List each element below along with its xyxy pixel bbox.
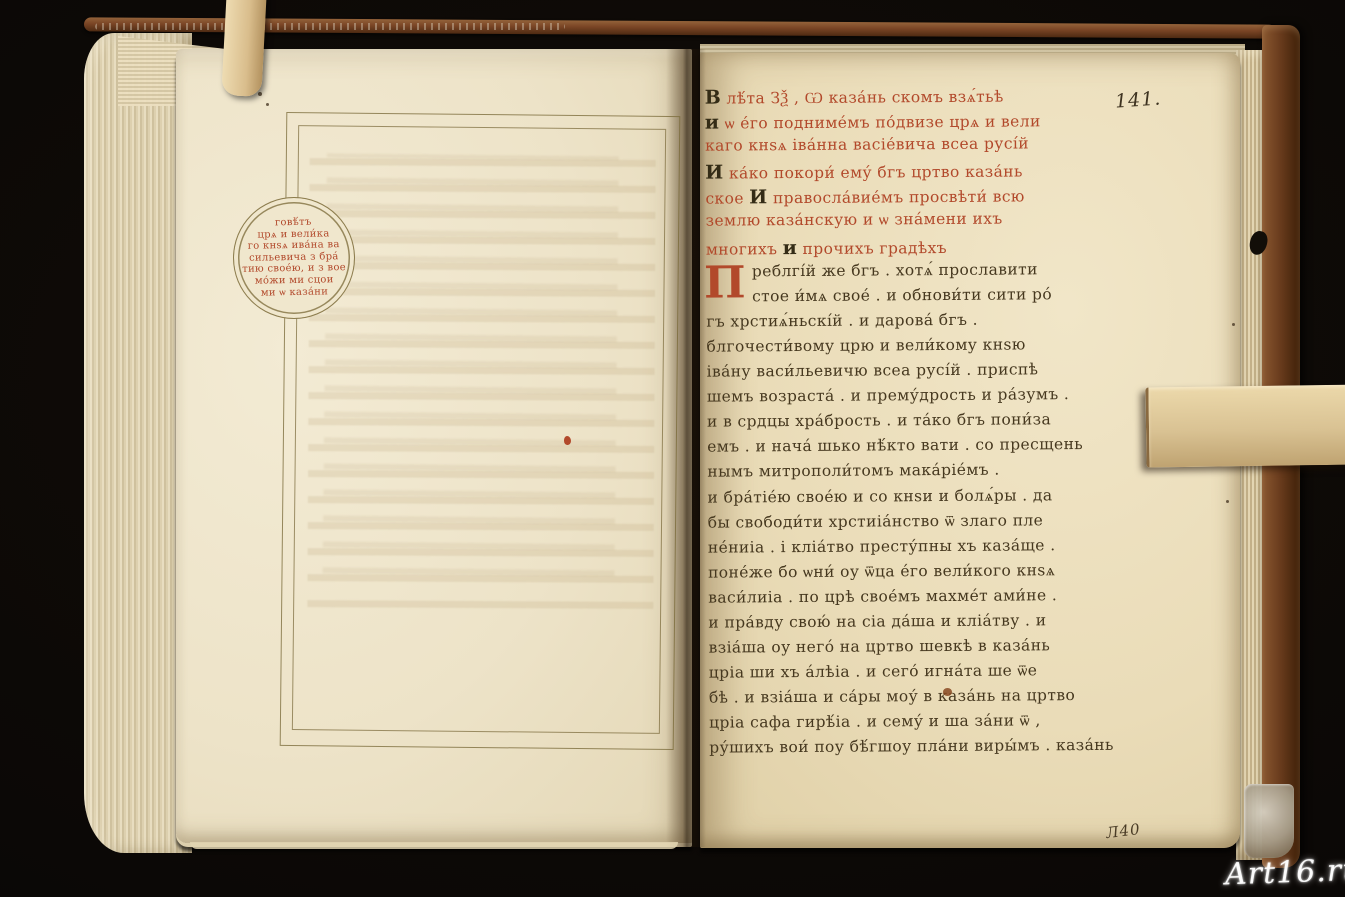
medallion-rubric-text: говѣ́тъцрѧ и вели́каго кнѕѧ ива́на васил… <box>241 217 346 300</box>
manuscript-segment-black: поне́же бо ѡни́ оу ѿца е́го вели́кого кн… <box>708 561 1055 581</box>
manuscript-segment-red: правосла́вие́мъ просвѣти́ всю <box>768 188 1025 208</box>
manuscript-line: цріа ши хъ а́лѣіа . и сего́ игна́та ше ѿ… <box>709 660 1184 688</box>
manuscript-segment-black: гъ хрстиѧ́ньскі́й . и дарова́ бгъ . <box>706 311 978 331</box>
manuscript-line: Преблгі́й же бгъ . хотѧ́ прославити <box>706 259 1181 287</box>
manuscript-segment-black_initial: И <box>749 187 768 209</box>
manuscript-segment-black: блгочести́вому црю и вели́кому кнѕю <box>706 335 1025 355</box>
manuscript-line: В лѣ́та ЗѮ , Ѡ каза́нь скомъ взѧ́тьѣ <box>705 83 1180 111</box>
manuscript-segment-red: ѡ е́го подниме́мъ по́двизе црѧ и вели <box>719 112 1040 132</box>
worn-cover-corner <box>1244 784 1294 858</box>
manuscript-line: И ка́ко покори́ ему́ бгъ цртво каза́нь <box>705 159 1180 187</box>
manuscript-line: взіа́ша оу него́ на цртво шевкѣ в каза́н… <box>708 635 1183 663</box>
manuscript-segment-red: ское <box>705 190 749 208</box>
wooden-pointer-stick-right <box>1145 385 1345 468</box>
manuscript-segment-black: и в срдцы хра́брость . и та́ко бгъ пони́… <box>707 410 1051 430</box>
manuscript-segment-black_initial: И <box>705 162 724 184</box>
manuscript-segment-red_drop: П <box>704 263 746 303</box>
manuscript-line: ское И правосла́вие́мъ просвѣти́ всю <box>705 184 1180 212</box>
leather-glint-highlight <box>95 23 565 30</box>
manuscript-segment-black_initial: и <box>783 237 798 259</box>
brown-ink-stain <box>943 688 952 696</box>
manuscript-line: ру́шихъ вои́ поу бѣ́гшоу пла́ни виры́мъ … <box>709 736 1184 764</box>
ink-speck <box>1226 500 1229 503</box>
manuscript-segment-black: и бра́тіе́ю свое́ю и со кнѕи и болѧ́ры .… <box>707 486 1052 506</box>
manuscript-text-block: В лѣ́та ЗѮ , Ѡ каза́нь скомъ взѧ́тьѣи ѡ … <box>705 83 1185 764</box>
manuscript-line: шемъ возраста́ . и прему́дрость и ра́зум… <box>707 384 1182 412</box>
ink-speck <box>258 92 262 96</box>
manuscript-segment-black_initial: и <box>705 112 720 134</box>
manuscript-line: гъ хрстиѧ́ньскі́й . и дарова́ бгъ . <box>706 309 1181 337</box>
manuscript-line: стое и́мѧ свое́ . и обнови́ти сити ро́ <box>706 284 1181 312</box>
manuscript-line: цріа сафа гирѣ́іа . и сему́ и ша за́ни ѿ… <box>709 711 1184 739</box>
wooden-bookmark-stick-top <box>221 0 266 97</box>
manuscript-book-photo: говѣ́тъцрѧ и вели́каго кнѕѧ ива́на васил… <box>0 0 1345 897</box>
manuscript-line: и ѡ е́го подниме́мъ по́двизе црѧ и вели <box>705 108 1180 136</box>
medallion-line: мо́жи ми сцои <box>242 274 346 287</box>
ink-speck <box>1232 323 1235 326</box>
manuscript-segment-black: не́ниіа . і кліа́тво престу́пны хъ каза́… <box>708 536 1056 556</box>
medallion-line: ми ѡ каза́ни <box>243 286 347 299</box>
manuscript-line: бы свободи́ти хрстиіа́нство ѿ злаго пле <box>708 510 1183 538</box>
manuscript-line: и бра́тіе́ю свое́ю и со кнѕи и болѧ́ры .… <box>707 485 1182 513</box>
manuscript-line: землю каза́нскую и ѡ зна́мени ихъ <box>706 209 1181 237</box>
manuscript-segment-black: емъ . и нача́ шько нѣ́кто вати . со прес… <box>707 435 1083 456</box>
manuscript-line: каго кнѕѧ іва́нна васіе́вича всеа русі́й <box>705 134 1180 162</box>
manuscript-line: блгочести́вому црю и вели́кому кнѕю <box>706 334 1181 362</box>
manuscript-segment-black: стое и́мѧ свое́ . и обнови́ти сити ро́ <box>752 285 1052 305</box>
ink-speck <box>266 103 269 106</box>
manuscript-line: многихъ и прочихъ градѣхъ <box>706 234 1181 262</box>
manuscript-segment-black: взіа́ша оу него́ на цртво шевкѣ в каза́н… <box>708 636 1050 656</box>
manuscript-line: и в срдцы хра́брость . и та́ко бгъ пони́… <box>707 410 1182 438</box>
manuscript-line: поне́же бо ѡни́ оу ѿца е́го вели́кого кн… <box>708 560 1183 588</box>
title-medallion: говѣ́тъцрѧ и вели́каго кнѕѧ ива́на васил… <box>233 197 355 319</box>
manuscript-segment-black: и пра́вду свою́ на сіа да́ша и кліа́тву … <box>708 611 1046 631</box>
manuscript-segment-black: цріа ши хъ а́лѣіа . и сего́ игна́та ше ѿ… <box>709 662 1038 682</box>
manuscript-segment-red: ка́ко покори́ ему́ бгъ цртво каза́нь <box>724 163 1023 183</box>
manuscript-segment-black: бы свободи́ти хрстиіа́нство ѿ злаго пле <box>708 511 1044 531</box>
manuscript-line: не́ниіа . і кліа́тво престу́пны хъ каза́… <box>708 535 1183 563</box>
manuscript-segment-black: шемъ возраста́ . и прему́дрость и ра́зум… <box>707 385 1070 406</box>
manuscript-segment-black: ру́шихъ вои́ поу бѣ́гшоу пла́ни виры́мъ … <box>709 736 1114 757</box>
manuscript-segment-black: цріа сафа гирѣ́іа . и сему́ и ша за́ни ѿ… <box>709 712 1041 732</box>
manuscript-segment-black: бѣ . и взіа́ша и са́ры моу́ в каза́нь на… <box>709 686 1075 707</box>
manuscript-segment-black: васи́лиіа . по црѣ свое́мъ махме́т ами́н… <box>708 586 1057 606</box>
site-watermark: Art16.ru <box>1224 853 1345 893</box>
manuscript-segment-red: каго кнѕѧ іва́нна васіе́вича всеа русі́й <box>705 135 1029 155</box>
manuscript-segment-red: прочихъ градѣхъ <box>797 239 947 258</box>
manuscript-segment-black: реблгі́й же бгъ . хотѧ́ прославити <box>752 260 1038 280</box>
left-page-bottom-edge <box>190 842 678 849</box>
manuscript-line: іва́ну васи́льевичю всеа русі́й . приспѣ <box>707 359 1182 387</box>
manuscript-segment-red: многихъ <box>706 240 783 259</box>
manuscript-segment-black: нымъ митрополи́томъ мака́ріе́мъ . <box>707 461 999 481</box>
manuscript-segment-black: іва́ну васи́льевичю всеа русі́й . приспѣ <box>707 360 1039 380</box>
red-ink-dot <box>564 436 571 445</box>
manuscript-line: емъ . и нача́ шько нѣ́кто вати . со прес… <box>707 435 1182 463</box>
manuscript-line: нымъ митрополи́томъ мака́ріе́мъ . <box>707 460 1182 488</box>
manuscript-line: васи́лиіа . по црѣ свое́мъ махме́т ами́н… <box>708 585 1183 613</box>
text-bleed-through-soft <box>322 153 619 588</box>
ornamental-border-frame <box>280 112 681 750</box>
manuscript-segment-red: землю каза́нскую и ѡ зна́мени ихъ <box>706 210 1003 230</box>
manuscript-line: и пра́вду свою́ на сіа да́ша и кліа́тву … <box>708 610 1183 638</box>
manuscript-segment-black_initial: В <box>705 87 722 109</box>
manuscript-segment-red: лѣ́та ЗѮ , Ѡ каза́нь скомъ взѧ́тьѣ <box>721 88 1004 108</box>
